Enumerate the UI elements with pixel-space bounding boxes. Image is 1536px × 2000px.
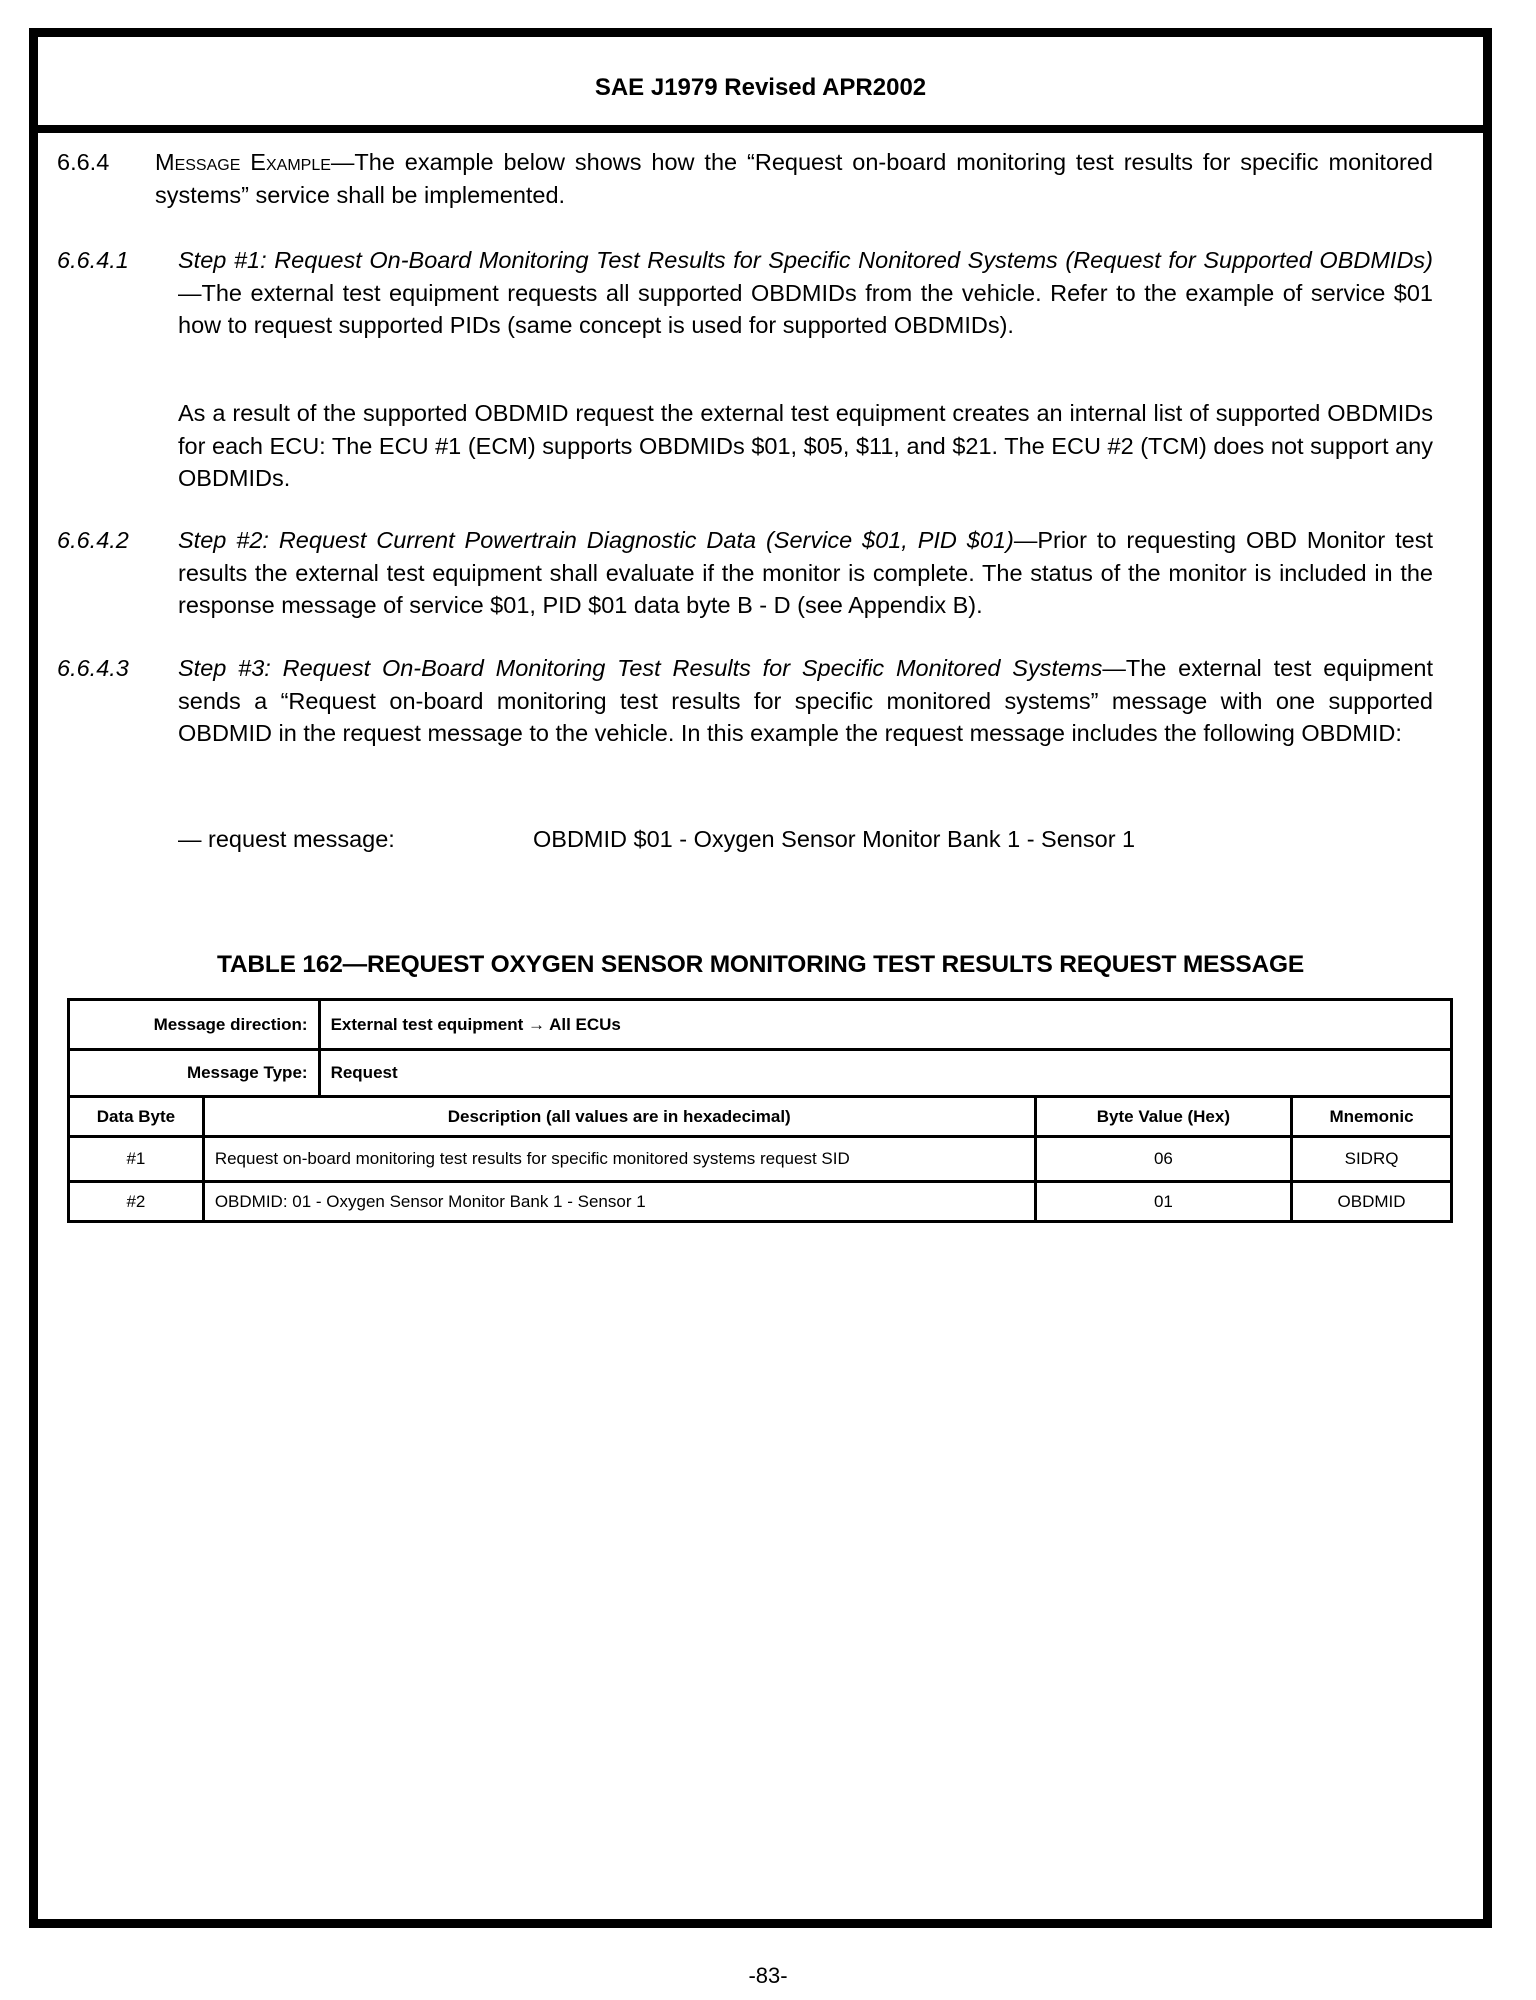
- table-row: #1 Request on-board monitoring test resu…: [69, 1137, 1452, 1182]
- table-row: #2 OBDMID: 01 - Oxygen Sensor Monitor Ba…: [69, 1182, 1452, 1222]
- column-header: Byte Value (Hex): [1035, 1097, 1291, 1137]
- section-text: —The external test equipment requests al…: [178, 280, 1433, 339]
- cell-data-byte: #2: [69, 1182, 204, 1222]
- section-6-6-4-1-para2: As a result of the supported OBDMID requ…: [178, 397, 1433, 495]
- cell-description: Request on-board monitoring test results…: [203, 1137, 1035, 1182]
- table-header-row: Data Byte Description (all values are in…: [69, 1097, 1452, 1137]
- cell-byte-value: 01: [1035, 1182, 1291, 1222]
- section-number: 6.6.4.1: [57, 244, 129, 277]
- table-row: Message Type: Request: [69, 1050, 1452, 1097]
- section-6-6-4-2: Step #2: Request Current Powertrain Diag…: [178, 524, 1433, 622]
- cell-data-byte: #1: [69, 1137, 204, 1182]
- cell-mnemonic: SIDRQ: [1292, 1137, 1452, 1182]
- document-header: SAE J1979 Revised APR2002: [38, 74, 1483, 102]
- section-heading: Step #3: Request On-Board Monitoring Tes…: [178, 655, 1102, 681]
- column-header: Mnemonic: [1292, 1097, 1452, 1137]
- type-label: Message Type:: [69, 1050, 320, 1097]
- section-text: —The example below shows how the “Reques…: [155, 149, 1433, 208]
- page-number: -83-: [0, 1963, 1536, 1989]
- request-message-value: OBDMID $01 - Oxygen Sensor Monitor Bank …: [533, 823, 1135, 856]
- request-message-label: — request message:: [178, 823, 395, 856]
- section-heading: Step #2: Request Current Powertrain Diag…: [178, 527, 1014, 553]
- direction-value: External test equipment → All ECUs: [319, 1000, 1451, 1050]
- section-heading: Message Example: [155, 149, 331, 175]
- section-number: 6.6.4: [57, 146, 109, 179]
- section-6-6-4: Message Example—The example below shows …: [155, 146, 1433, 211]
- type-value: Request: [319, 1050, 1451, 1097]
- section-6-6-4-3: Step #3: Request On-Board Monitoring Tes…: [178, 652, 1433, 750]
- header-divider: [29, 125, 1492, 133]
- direction-label: Message direction:: [69, 1000, 320, 1050]
- section-number: 6.6.4.3: [57, 652, 129, 685]
- section-6-6-4-1: Step #1: Request On-Board Monitoring Tes…: [178, 244, 1433, 342]
- cell-description: OBDMID: 01 - Oxygen Sensor Monitor Bank …: [203, 1182, 1035, 1222]
- section-heading: Step #1: Request On-Board Monitoring Tes…: [178, 247, 1433, 273]
- request-message-table: Message direction: External test equipme…: [67, 998, 1453, 1223]
- section-number: 6.6.4.2: [57, 524, 129, 557]
- table-title: TABLE 162—REQUEST OXYGEN SENSOR MONITORI…: [38, 951, 1483, 979]
- cell-byte-value: 06: [1035, 1137, 1291, 1182]
- cell-mnemonic: OBDMID: [1292, 1182, 1452, 1222]
- table-row: Message direction: External test equipme…: [69, 1000, 1452, 1050]
- column-header: Data Byte: [69, 1097, 204, 1137]
- column-header: Description (all values are in hexadecim…: [203, 1097, 1035, 1137]
